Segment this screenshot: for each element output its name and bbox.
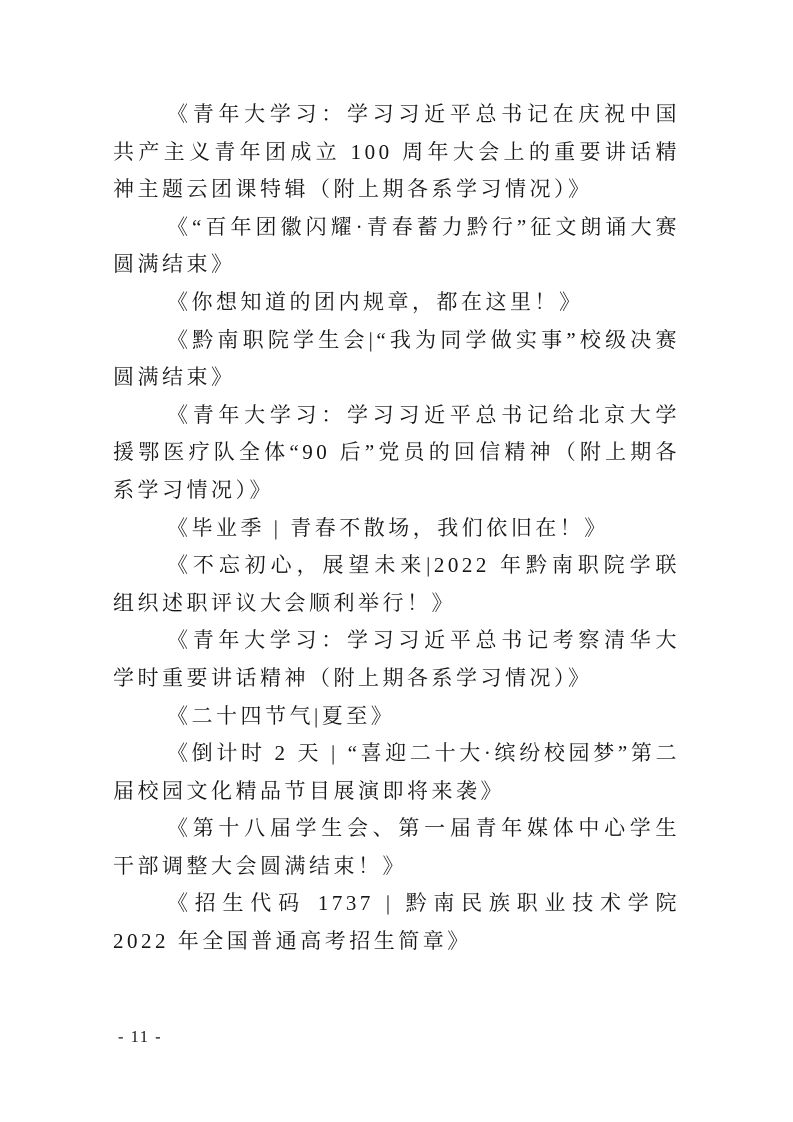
article-title: 《第十八届学生会、第一届青年媒体中心学生干部调整大会圆满结束！》 — [113, 810, 680, 885]
article-title: 《你想知道的团内规章，都在这里！》 — [113, 284, 680, 322]
article-title: 《毕业季 | 青春不散场，我们依旧在！》 — [113, 510, 680, 548]
article-title: 《倒计时 2 天 | “喜迎二十大·缤纷校园梦”第二届校园文化精品节目展演即将来… — [113, 735, 680, 810]
article-title: 《不忘初心，展望未来|2022 年黔南职院学联组织述职评议大会顺利举行！》 — [113, 547, 680, 622]
article-title: 《二十四节气|夏至》 — [113, 698, 680, 736]
article-title: 《青年大学习：学习习近平总书记给北京大学援鄂医疗队全体“90 后”党员的回信精神… — [113, 397, 680, 510]
article-title: 《黔南职院学生会|“我为同学做实事”校级决赛圆满结束》 — [113, 322, 680, 397]
article-title: 《招生代码 1737 | 黔南民族职业技术学院 2022 年全国普通高考招生简章… — [113, 885, 680, 960]
article-title: 《青年大学习：学习习近平总书记考察清华大学时重要讲话精神（附上期各系学习情况）》 — [113, 622, 680, 697]
article-title-list: 《青年大学习：学习习近平总书记在庆祝中国共产主义青年团成立 100 周年大会上的… — [113, 96, 680, 961]
page-number: - 11 - — [118, 1026, 162, 1048]
article-title: 《青年大学习：学习习近平总书记在庆祝中国共产主义青年团成立 100 周年大会上的… — [113, 96, 680, 209]
document-page: 《青年大学习：学习习近平总书记在庆祝中国共产主义青年团成立 100 周年大会上的… — [0, 0, 793, 1122]
article-title: 《“百年团徽闪耀·青春蓄力黔行”征文朗诵大赛圆满结束》 — [113, 209, 680, 284]
